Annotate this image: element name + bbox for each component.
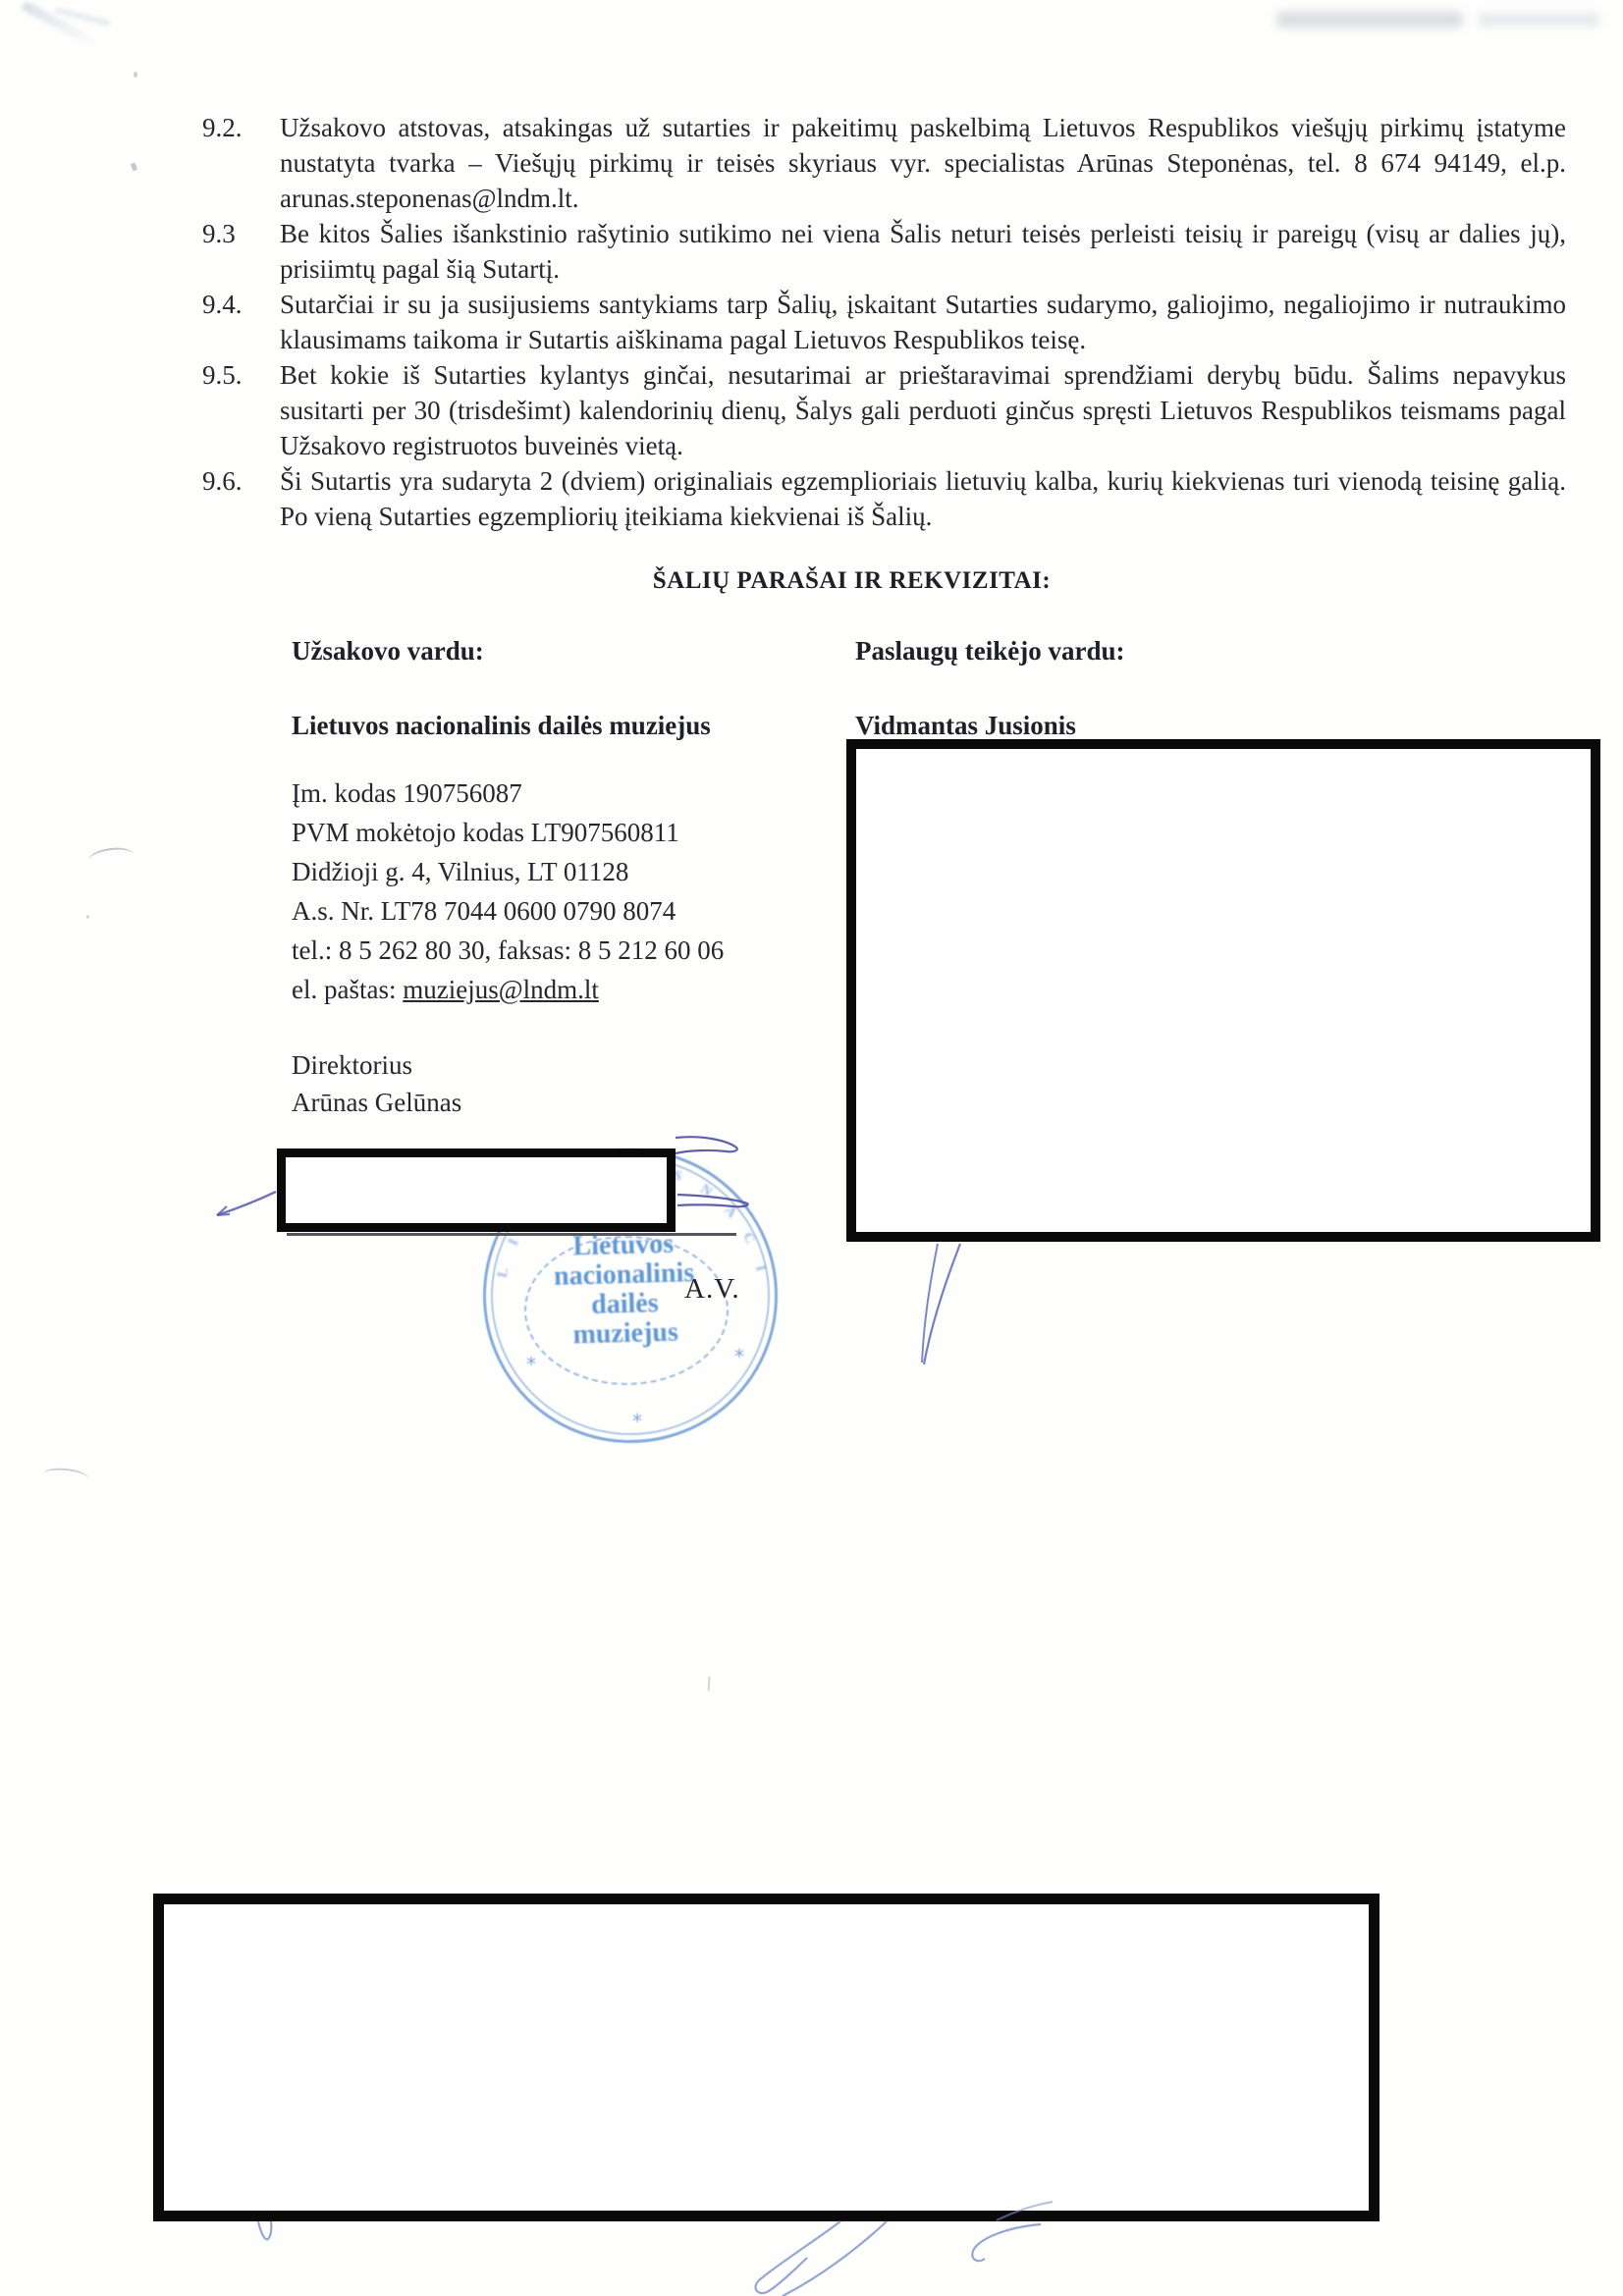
clause-number: 9.2.	[202, 110, 280, 216]
clause-text: Bet kokie iš Sutarties kylantys ginčai, …	[280, 357, 1566, 463]
clause-number: 9.3	[202, 216, 280, 287]
customer-signatory: Direktorius Arūnas Gelūnas	[292, 1046, 461, 1121]
redaction-box-director-signature	[277, 1148, 676, 1232]
pen-signature-provider-2	[922, 1244, 938, 1362]
customer-phone-fax: tel.: 8 5 262 80 30, faksas: 8 5 212 60 …	[292, 931, 724, 970]
pen-squiggle-bottom-middle-1	[783, 2221, 887, 2296]
customer-email-line: el. paštas: muziejus@lndm.lt	[292, 970, 724, 1009]
customer-organization-name: Lietuvos nacionalinis dailės muziejus	[292, 711, 711, 741]
customer-details: Įm. kodas 190756087 PVM mokėtojo kodas L…	[292, 774, 724, 1009]
seal-place-mark: A.V.	[684, 1273, 740, 1306]
contract-clauses: 9.2. Užsakovo atstovas, atsakingas už su…	[202, 110, 1566, 534]
margin-pencil-arc-1	[87, 845, 135, 871]
stamp-star-left: *	[526, 1353, 536, 1376]
scan-speck-1	[134, 72, 137, 78]
pen-stroke-left-arrowhead	[217, 1206, 230, 1215]
provider-column-header: Paslaugų teikėjo vardu:	[855, 636, 1125, 667]
pen-squiggle-bottom-right	[972, 2224, 1041, 2261]
signatory-title: Direktorius	[292, 1046, 461, 1084]
customer-column-header: Užsakovo vardu:	[292, 636, 484, 667]
margin-dot	[86, 915, 89, 919]
clause-number: 9.4.	[202, 287, 280, 357]
clause-9-3: 9.3 Be kitos Šalies išankstinio rašytini…	[202, 216, 1566, 287]
signature-line	[287, 1233, 736, 1236]
clause-number: 9.6.	[202, 463, 280, 534]
pen-stroke-left-diagonal	[217, 1192, 276, 1215]
scanned-contract-page: { "paragraphs": [ {"number": "9.2.", "te…	[0, 0, 1623, 2296]
clause-text: Sutarčiai ir su ja susijusiems santykiam…	[280, 287, 1566, 357]
section-heading: ŠALIŲ PARAŠAI IR REKVIZITAI:	[0, 567, 1623, 595]
clause-text: Ši Sutartis yra sudaryta 2 (dviem) origi…	[280, 463, 1566, 534]
customer-vat-code: PVM mokėtojo kodas LT907560811	[292, 813, 724, 852]
clause-text: Be kitos Šalies išankstinio rašytinio su…	[280, 216, 1566, 287]
stamp-star-bottom: *	[632, 1410, 642, 1433]
customer-email-address: muziejus@lndm.lt	[403, 975, 599, 1004]
redaction-box-bottom	[153, 1894, 1380, 2221]
clause-text: Užsakovo atstovas, atsakingas už sutarti…	[280, 110, 1566, 216]
clause-9-2: 9.2. Užsakovo atstovas, atsakingas už su…	[202, 110, 1566, 216]
scan-speck-2	[131, 162, 137, 171]
scan-smudge-top-right-1	[1276, 12, 1463, 27]
pen-signature-provider-1	[924, 1244, 960, 1364]
margin-pencil-arc-2	[42, 1467, 88, 1487]
customer-bank-account: A.s. Nr. LT78 7044 0600 0790 8074	[292, 891, 724, 931]
pen-squiggle-bottom-middle-2	[755, 2221, 840, 2293]
signatory-name: Arūnas Gelūnas	[292, 1084, 461, 1121]
scan-smudge-top-right-2	[1478, 14, 1600, 26]
customer-address: Didžioji g. 4, Vilnius, LT 01128	[292, 852, 724, 891]
pen-squiggle-bottom-left	[258, 2221, 271, 2239]
center-faint-tick	[708, 1677, 711, 1691]
redaction-box-provider-details	[846, 739, 1600, 1242]
customer-email-label: el. paštas:	[292, 975, 403, 1004]
provider-name: Vidmantas Jusionis	[855, 711, 1076, 741]
customer-company-code: Įm. kodas 190756087	[292, 774, 724, 813]
clause-9-6: 9.6. Ši Sutartis yra sudaryta 2 (dviem) …	[202, 463, 1566, 534]
clause-9-4: 9.4. Sutarčiai ir su ja susijusiems sant…	[202, 287, 1566, 357]
clause-number: 9.5.	[202, 357, 280, 463]
clause-9-5: 9.5. Bet kokie iš Sutarties kylantys gin…	[202, 357, 1566, 463]
stamp-star-right: *	[734, 1345, 744, 1368]
stamp-line-4: muziejus	[517, 1316, 734, 1352]
